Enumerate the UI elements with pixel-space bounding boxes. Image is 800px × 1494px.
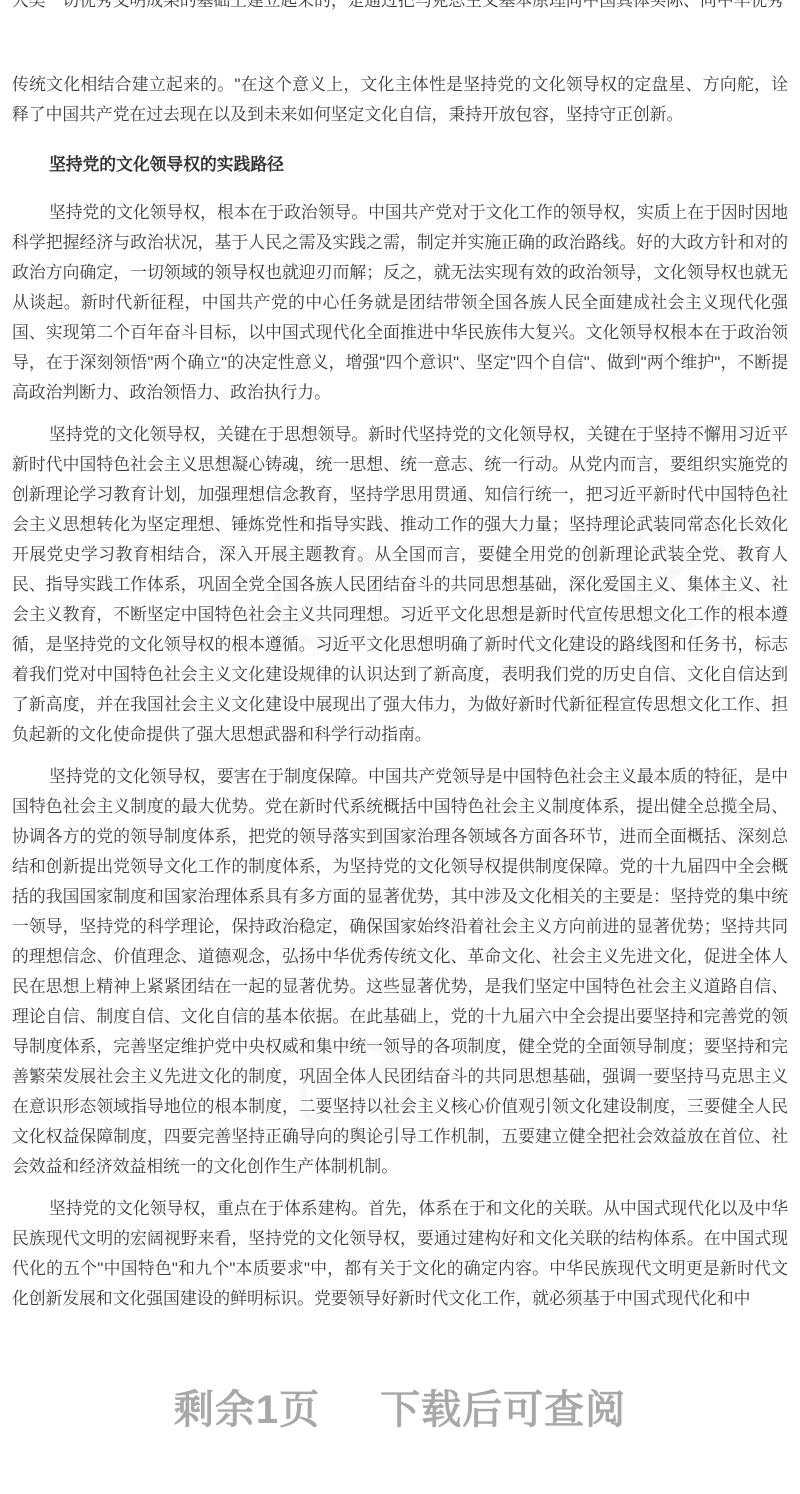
clipped-top-line: 人类一切优秀文明成果的基础上建立起来的，是通过把马克思主义基本原理同中国具体实际… xyxy=(12,0,788,16)
paragraph-system-construction: 坚持党的文化领导权，重点在于体系建构。首先，体系在于和文化的关联。从中国式现代化… xyxy=(12,1194,788,1314)
paragraph-ideological-leadership: 坚持党的文化领导权，关键在于思想领导。新时代坚持党的文化领导权，关键在于坚持不懈… xyxy=(12,420,788,750)
paragraph-political-leadership: 坚持党的文化领导权，根本在于政治领导。中国共产党对于文化工作的领导权，实质上在于… xyxy=(12,198,788,408)
section-heading: 坚持党的文化领导权的实践路径 xyxy=(12,150,788,180)
intro-paragraph: 传统文化相结合建立起来的。"在这个意义上，文化主体性是坚持党的文化领导权的定盘星… xyxy=(12,70,788,130)
download-notice: 剩余1页下载后可查阅 xyxy=(0,1386,800,1434)
remaining-pages-text: 剩余1页 xyxy=(174,1388,320,1432)
document-page: 人类一切优秀文明成果的基础上建立起来的，是通过把马克思主义基本原理同中国具体实际… xyxy=(0,0,800,1494)
download-hint-text: 下载后可查阅 xyxy=(380,1388,626,1432)
paragraph-institutional-guarantee: 坚持党的文化领导权，要害在于制度保障。中国共产党领导是中国特色社会主义最本质的特… xyxy=(12,762,788,1182)
